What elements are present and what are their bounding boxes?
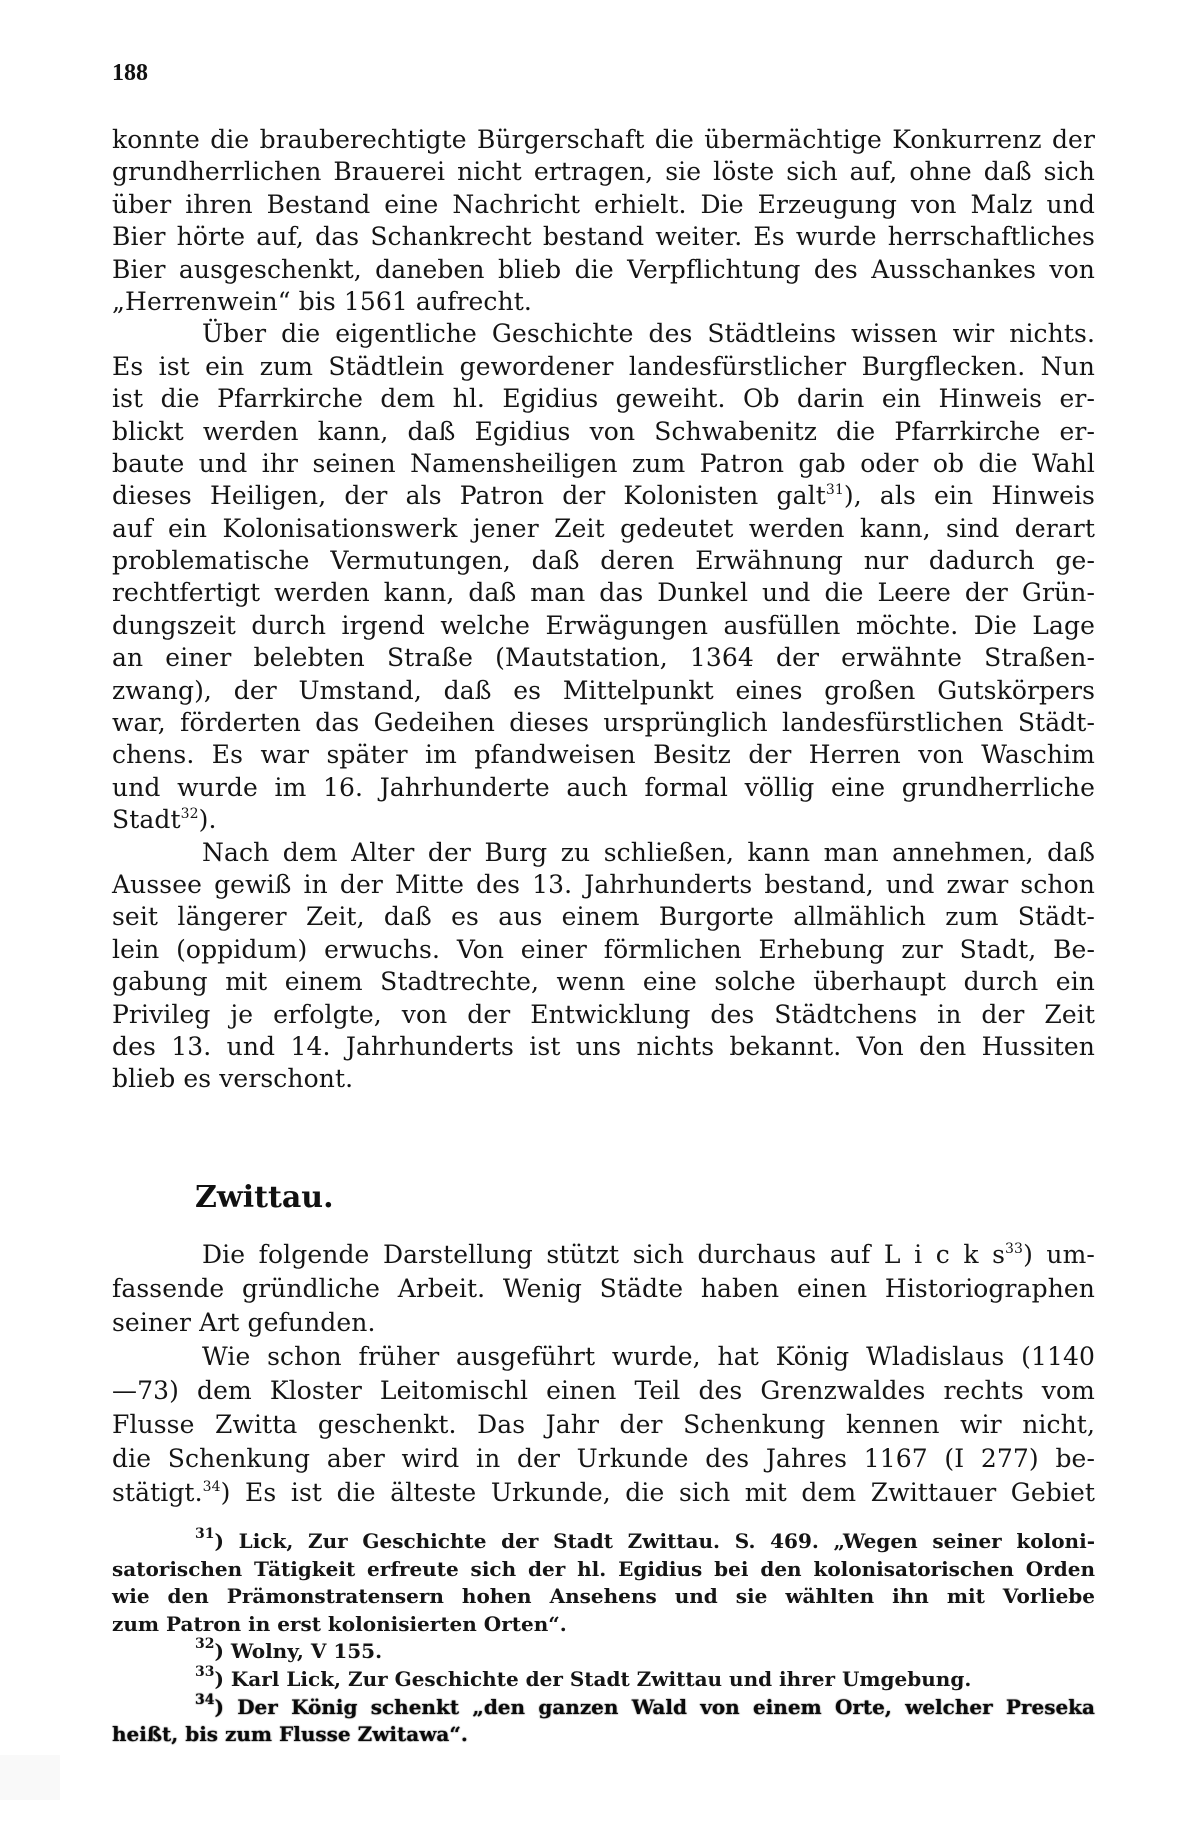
scan-artifact [0, 1755, 60, 1800]
line-text: dieses Heiligen, der als Patron der Kolo… [112, 481, 826, 510]
text-line: rechtfertigt werden kann, daß man das Du… [112, 577, 1095, 609]
text-line: Bier ausgeschenkt, daneben blieb die Ver… [112, 254, 1095, 286]
text-line: chens. Es war später im pfandweisen Besi… [112, 739, 1095, 771]
text-line: „Herrenwein“ bis 1561 aufrecht. [112, 286, 1095, 318]
text-line: fassende gründliche Arbeit. Wenig Städte… [112, 1272, 1095, 1306]
line-text: satorischen Tätigkeit erfreute sich der … [112, 1557, 1095, 1581]
text-line: ist die Pfarrkirche dem hl. Egidius gewe… [112, 383, 1095, 415]
footnote-line: wie den Prämonstratensern hohen Ansehens… [112, 1583, 1095, 1611]
line-text: die Schenkung aber wird in der Urkunde d… [112, 1444, 1095, 1473]
text-line: problematische Vermutungen, daß deren Er… [112, 545, 1095, 577]
line-text: Es ist ein zum Städtlein gewordener land… [112, 352, 1095, 381]
text-line: dungszeit durch irgend welche Erwägungen… [112, 610, 1095, 642]
text-line: stätigt.34) Es ist die älteste Urkunde, … [112, 1476, 1095, 1510]
text-line: des 13. und 14. Jahrhunderts ist uns nic… [112, 1031, 1095, 1063]
text-line: seiner Art gefunden. [112, 1306, 1095, 1340]
line-text: baute und ihr seinen Namensheiligen zum … [112, 449, 1095, 478]
line-text: „Herrenwein“ bis 1561 aufrecht. [112, 287, 532, 316]
text-line: baute und ihr seinen Namensheiligen zum … [112, 448, 1095, 480]
text-line: Die folgende Darstellung stützt sich dur… [112, 1238, 1095, 1272]
line-text: seiner Art gefunden. [112, 1308, 376, 1337]
line-text-after: ). [199, 805, 217, 834]
line-text: über ihren Bestand eine Nachricht erhiel… [112, 190, 1095, 219]
text-line: gabung mit einem Stadtrechte, wenn eine … [112, 966, 1095, 998]
line-text: fassende gründliche Arbeit. Wenig Städte… [112, 1274, 1095, 1303]
line-text: wie den Prämonstratensern hohen Ansehens… [112, 1584, 1095, 1608]
line-text: ist die Pfarrkirche dem hl. Egidius gewe… [112, 384, 1095, 413]
line-text-after: ) Es ist die älteste Urkunde, die sich m… [221, 1478, 1095, 1507]
text-line: lein (oppidum) erwuchs. Von einer förmli… [112, 934, 1095, 966]
body-text-block-2: Die folgende Darstellung stützt sich dur… [112, 1238, 1095, 1510]
line-text: seit längerer Zeit, daß es aus einem Bur… [112, 902, 1095, 931]
text-line: war, förderten das Gedeihen dieses urspr… [112, 707, 1095, 739]
footnotes-block: 31) Lick, Zur Geschichte der Stadt Zwitt… [112, 1528, 1095, 1749]
footnote-line: zum Patron in erst kolonisierten Orten“. [112, 1611, 1095, 1639]
footnote-line: 33) Karl Lick, Zur Geschichte der Stadt … [112, 1666, 1095, 1694]
text-line: Flusse Zwitta geschenkt. Das Jahr der Sc… [112, 1408, 1095, 1442]
line-text-after: ) um- [1023, 1240, 1095, 1269]
text-line: Stadt32). [112, 804, 1095, 836]
text-line: konnte die brauberechtigte Bürgerschaft … [112, 124, 1095, 156]
line-text: Flusse Zwitta geschenkt. Das Jahr der Sc… [112, 1410, 1095, 1439]
line-text: Die folgende Darstellung stützt sich dur… [202, 1240, 1005, 1269]
line-text: war, förderten das Gedeihen dieses urspr… [112, 708, 1095, 737]
line-text: chens. Es war später im pfandweisen Besi… [112, 740, 1095, 769]
line-text: Nach dem Alter der Burg zu schließen, ka… [202, 838, 1095, 867]
line-text: Privileg je erfolgte, von der Entwicklun… [112, 1000, 1095, 1029]
line-text: konnte die brauberechtigte Bürgerschaft … [112, 125, 1095, 154]
line-text: dungszeit durch irgend welche Erwägungen… [112, 611, 1095, 640]
text-line: grundherrlichen Brauerei nicht ertragen,… [112, 156, 1095, 188]
line-text: des 13. und 14. Jahrhunderts ist uns nic… [112, 1032, 1095, 1061]
line-text: grundherrlichen Brauerei nicht ertragen,… [112, 157, 1095, 186]
footnote-reference[interactable]: 32 [181, 806, 199, 822]
text-line: Privileg je erfolgte, von der Entwicklun… [112, 999, 1095, 1031]
text-line: blieb es verschont. [112, 1063, 1095, 1095]
line-text: ) Karl Lick, Zur Geschichte der Stadt Zw… [214, 1667, 971, 1691]
text-line: Nach dem Alter der Burg zu schließen, ka… [112, 837, 1095, 869]
line-text: Bier ausgeschenkt, daneben blieb die Ver… [112, 255, 1095, 284]
line-text: Bier hörte auf, das Schankrecht bestand … [112, 222, 1095, 251]
line-text-after: ), als ein Hinweis [844, 481, 1095, 510]
line-text: ) Der König schenkt „den ganzen Wald von… [214, 1695, 1095, 1719]
line-text: Stadt [112, 805, 181, 834]
text-line: —73) dem Kloster Leitomischl einen Teil … [112, 1374, 1095, 1408]
text-line: an einer belebten Straße (Mautstation, 1… [112, 642, 1095, 674]
text-line: Es ist ein zum Städtlein gewordener land… [112, 351, 1095, 383]
text-line: zwang), der Umstand, daß es Mittelpunkt … [112, 675, 1095, 707]
line-text: auf ein Kolonisationswerk jener Zeit ged… [112, 514, 1095, 543]
text-line: blickt werden kann, daß Egidius von Schw… [112, 416, 1095, 448]
footnote-line: heißt, bis zum Flusse Zwitawa“. [112, 1721, 1095, 1749]
footnote-marker: 32 [195, 1636, 214, 1652]
footnote-reference[interactable]: 34 [203, 1479, 221, 1495]
line-text: stätigt. [112, 1478, 203, 1507]
footnote-line: 31) Lick, Zur Geschichte der Stadt Zwitt… [112, 1528, 1095, 1556]
line-text: heißt, bis zum Flusse Zwitawa“. [112, 1722, 468, 1746]
text-line: seit längerer Zeit, daß es aus einem Bur… [112, 901, 1095, 933]
footnote-line: 34) Der König schenkt „den ganzen Wald v… [112, 1694, 1095, 1722]
line-text: blieb es verschont. [112, 1064, 353, 1093]
line-text: problematische Vermutungen, daß deren Er… [112, 546, 1095, 575]
page-number: 188 [112, 60, 148, 87]
footnote-reference[interactable]: 31 [826, 482, 844, 498]
text-line: Wie schon früher ausgeführt wurde, hat K… [112, 1340, 1095, 1374]
line-text: an einer belebten Straße (Mautstation, 1… [112, 643, 1095, 672]
footnote-line: satorischen Tätigkeit erfreute sich der … [112, 1556, 1095, 1584]
text-line: Bier hörte auf, das Schankrecht bestand … [112, 221, 1095, 253]
line-text: ) Lick, Zur Geschichte der Stadt Zwittau… [214, 1529, 1095, 1553]
line-text: gabung mit einem Stadtrechte, wenn eine … [112, 967, 1095, 996]
footnote-marker: 33 [195, 1664, 214, 1680]
text-line: auf ein Kolonisationswerk jener Zeit ged… [112, 513, 1095, 545]
text-line: Aussee gewiß in der Mitte des 13. Jahrhu… [112, 869, 1095, 901]
footnote-line: 32) Wolny, V 155. [112, 1638, 1095, 1666]
footnote-marker: 34 [195, 1692, 214, 1708]
section-heading: Zwittau. [195, 1180, 334, 1215]
footnote-marker: 31 [195, 1526, 214, 1542]
line-text: ) Wolny, V 155. [214, 1639, 382, 1663]
line-text: blickt werden kann, daß Egidius von Schw… [112, 417, 1095, 446]
document-page: 188 konnte die brauberechtigte Bürgersch… [0, 0, 1200, 1829]
text-line: dieses Heiligen, der als Patron der Kolo… [112, 480, 1095, 512]
body-text-block-1: konnte die brauberechtigte Bürgerschaft … [112, 124, 1095, 1096]
line-text: Über die eigentliche Geschichte des Städ… [202, 319, 1095, 348]
text-line: und wurde im 16. Jahrhunderte auch forma… [112, 772, 1095, 804]
line-text: Wie schon früher ausgeführt wurde, hat K… [202, 1342, 1095, 1371]
text-line: Über die eigentliche Geschichte des Städ… [112, 318, 1095, 350]
footnote-reference[interactable]: 33 [1005, 1241, 1023, 1257]
line-text: rechtfertigt werden kann, daß man das Du… [112, 578, 1095, 607]
line-text: Aussee gewiß in der Mitte des 13. Jahrhu… [112, 870, 1095, 899]
line-text: und wurde im 16. Jahrhunderte auch forma… [112, 773, 1095, 802]
line-text: zwang), der Umstand, daß es Mittelpunkt … [112, 676, 1095, 705]
text-line: die Schenkung aber wird in der Urkunde d… [112, 1442, 1095, 1476]
line-text: —73) dem Kloster Leitomischl einen Teil … [112, 1376, 1095, 1405]
line-text: zum Patron in erst kolonisierten Orten“. [112, 1612, 567, 1636]
line-text: lein (oppidum) erwuchs. Von einer förmli… [112, 935, 1095, 964]
text-line: über ihren Bestand eine Nachricht erhiel… [112, 189, 1095, 221]
